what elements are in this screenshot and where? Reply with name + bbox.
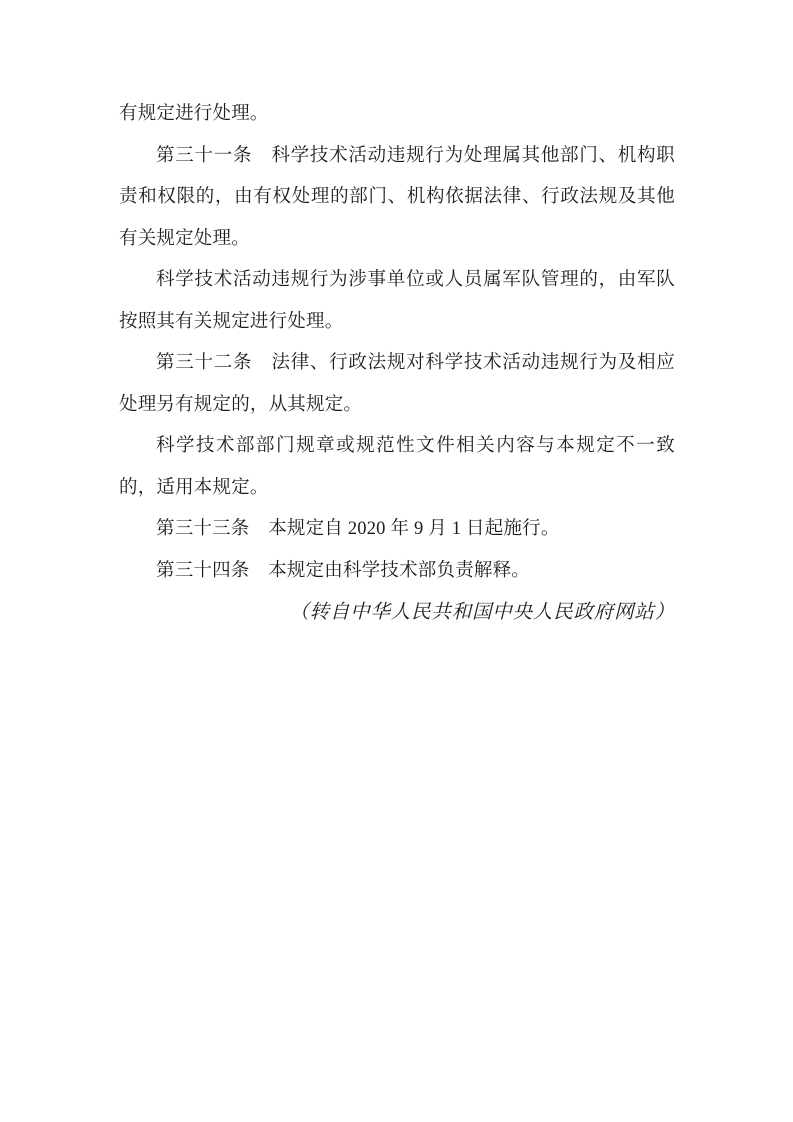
document-body: 有规定进行处理。 第三十一条 科学技术活动违规行为处理属其他部门、机构职责和权限… xyxy=(119,94,675,634)
paragraph-article-32: 第三十二条 法律、行政法规对科学技术活动违规行为及相应处理另有规定的，从其规定。 xyxy=(119,343,675,426)
paragraph-ministry-rules: 科学技术部部门规章或规范性文件相关内容与本规定不一致的，适用本规定。 xyxy=(119,426,675,509)
paragraph-article-34: 第三十四条 本规定由科学技术部负责解释。 xyxy=(119,551,675,593)
paragraph-article-33: 第三十三条 本规定自 2020 年 9 月 1 日起施行。 xyxy=(119,509,675,551)
paragraph-continuation: 有规定进行处理。 xyxy=(119,94,675,136)
paragraph-military-provision: 科学技术活动违规行为涉事单位或人员属军队管理的，由军队按照其有关规定进行处理。 xyxy=(119,260,675,343)
document-page: 有规定进行处理。 第三十一条 科学技术活动违规行为处理属其他部门、机构职责和权限… xyxy=(0,0,793,1122)
paragraph-article-31: 第三十一条 科学技术活动违规行为处理属其他部门、机构职责和权限的，由有权处理的部… xyxy=(119,136,675,261)
attribution-line: （转自中华人民共和国中央人民政府网站） xyxy=(119,592,675,634)
